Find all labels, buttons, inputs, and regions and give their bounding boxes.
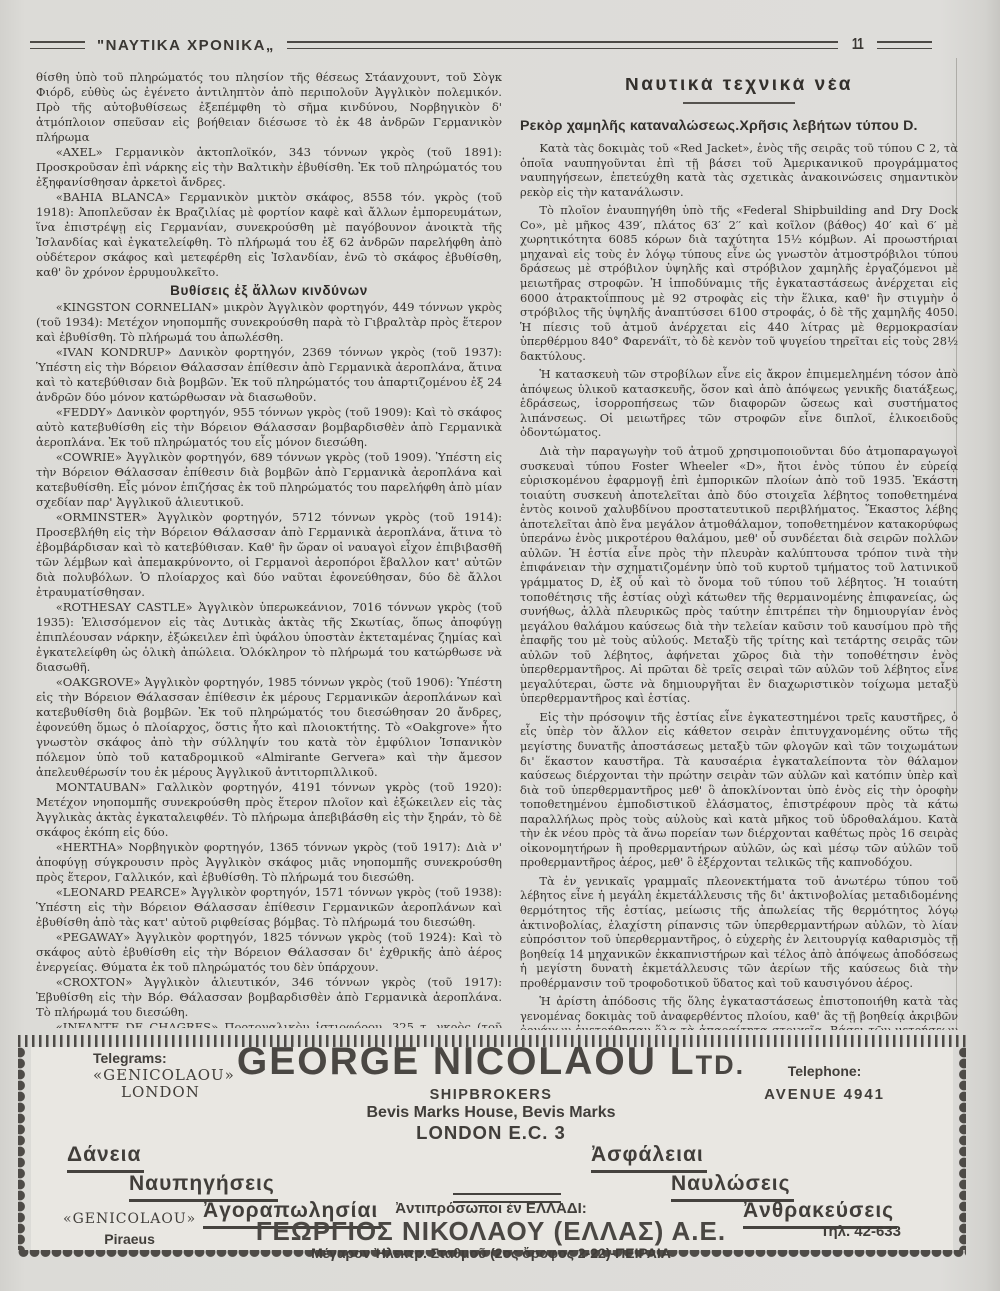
paragraph-ship-axel: «AXEL» Γερμανικὸν ἀκτοπλοϊκόν, 343 τόννω… bbox=[36, 145, 502, 190]
telephone-label: Telephone: bbox=[764, 1059, 885, 1083]
ad-telephone-block: Telephone: AVENUE 4941 bbox=[764, 1059, 885, 1107]
article-title: Ναυτικὰ τεχνικὰ νέα bbox=[520, 78, 958, 93]
paragraph-ship-croxton: «CROXTON» Ἀγγλικὸν ἁλιευτικόν, 346 τόννω… bbox=[36, 975, 502, 1020]
paragraph-ship-orminster: «ORMINSTER» Ἀγγλικὸν φορτηγόν, 5712 τόνν… bbox=[36, 510, 502, 600]
paragraph: Εἰς τὴν πρόσοψιν τῆς ἑστίας εἶνε ἐγκατεσ… bbox=[520, 710, 958, 870]
ad-address-line1: Bevis Marks House, Bevis Marks bbox=[221, 1104, 761, 1122]
ad-content: Telegrams: «GENICOLAOU» LONDON GEORGE NI… bbox=[31, 1047, 953, 1250]
ad-company-name: GEORGE NICOLAOU LTD. bbox=[221, 1040, 761, 1084]
paragraph: Κατὰ τὰς δοκιμὰς τοῦ «Red Jacket», ἑνὸς … bbox=[520, 141, 958, 199]
masthead-rule-center bbox=[287, 41, 838, 49]
paragraph-ship-hertha: «HERTHA» Νορβηγικὸν φορτηγόν, 1365 τόννω… bbox=[36, 840, 502, 885]
masthead-rule-left bbox=[30, 41, 85, 49]
paragraph-ship-infante-de-chagres: «INFANTE DE CHAGRES» Πορτογαλικὸν ἱστιοφ… bbox=[36, 1020, 502, 1028]
ad-role: SHIPBROKERS bbox=[221, 1087, 761, 1103]
ad-greek-telephone: Τηλ. 42-633 bbox=[820, 1223, 901, 1240]
left-column: θίσθη ὑπὸ τοῦ πληρώματός του πλησίον τῆς… bbox=[36, 70, 502, 1028]
article-title-rule bbox=[683, 102, 795, 104]
page-number: 11 bbox=[852, 36, 863, 54]
telephone-value: AVENUE 4941 bbox=[764, 1083, 885, 1107]
ad-address-line2: LONDON E.C. 3 bbox=[221, 1122, 761, 1144]
paragraph-ship-cowrie: «COWRIE» Ἀγγλικὸν φορτηγόν, 689 τόννων γ… bbox=[36, 450, 502, 510]
company-suffix-l: L bbox=[670, 1040, 696, 1083]
service-loans: Δάνεια bbox=[67, 1143, 144, 1173]
advertisement-nicolaou: Telegrams: «GENICOLAOU» LONDON GEORGE NI… bbox=[18, 1035, 966, 1263]
paragraph: Τὰ ἐν γενικαῖς γραμμαῖς πλεονεκτήματα το… bbox=[520, 874, 958, 990]
paragraph-ship-montauban: MONTAUBAN» Γαλλικὸν φορτηγόν, 4191 τόννω… bbox=[36, 780, 502, 840]
telegrams-label: Telegrams: bbox=[93, 1050, 235, 1067]
ad-border-right bbox=[953, 1047, 966, 1250]
paragraph: Τὸ πλοῖον ἐναυπηγήθη ὑπὸ τῆς «Federal Sh… bbox=[520, 203, 958, 363]
ad-representatives-label: Ἀντιπρόσωποι ἐν ΕΛΛΑΔΙ: bbox=[221, 1200, 761, 1217]
service-chartering: Ναυλώσεις bbox=[671, 1172, 794, 1202]
ad-piraeus-block: «GENICOLAOU» Piraeus bbox=[63, 1209, 196, 1249]
masthead-rule-right bbox=[877, 41, 932, 49]
section-heading-sinkings: Βυθίσεις ἐξ ἄλλων κινδύνων bbox=[36, 283, 502, 298]
paragraph-ship-bahia-blanca: «BAHIA BLANCA» Γερμανικὸν μικτὸν σκάφος,… bbox=[36, 190, 502, 280]
telegrams-name: «GENICOLAOU» bbox=[93, 1067, 235, 1084]
ad-greek-company: ΓΕΩΡΓΙΟΣ ΝΙΚΟΛΑΟΥ (ΕΛΛΑΣ) Α.Ε. bbox=[181, 1216, 801, 1247]
ad-telegrams-block: Telegrams: «GENICOLAOU» LONDON bbox=[93, 1050, 235, 1101]
ad-border-left bbox=[18, 1047, 31, 1250]
paragraph: Ἡ ἀρίστη ἀπόδοσις τῆς ὅλης ἐγκαταστάσεως… bbox=[520, 994, 958, 1030]
paragraph: Διὰ τὴν παραγωγὴν τοῦ ἀτμοῦ χρησιμοποιοῦ… bbox=[520, 444, 958, 706]
paragraph: θίσθη ὑπὸ τοῦ πληρώματός του πλησίον τῆς… bbox=[36, 70, 502, 145]
paragraph: Ἡ κατασκευὴ τῶν στροβίλων εἶνε εἰς ἄκρον… bbox=[520, 367, 958, 440]
masthead: "ΝΑΥΤΙΚΑ ΧΡΟΝΙΚΑ„ 11 bbox=[30, 36, 932, 54]
paragraph-ship-leonard-pearce: «LEONARD PEARCE» Ἀγγλικὸν φορτηγόν, 1571… bbox=[36, 885, 502, 930]
right-column: Ναυτικὰ τεχνικὰ νέα Ρεκὸρ χαμηλῆς κατανα… bbox=[520, 78, 958, 1030]
magazine-page: "ΝΑΥΤΙΚΑ ΧΡΟΝΙΚΑ„ 11 θίσθη ὑπὸ τοῦ πληρώ… bbox=[0, 0, 1000, 1291]
article-subheading: Ρεκὸρ χαμηλῆς καταναλώσεως.Χρῆσις λεβήτω… bbox=[520, 119, 958, 134]
service-shipbuilding: Ναυπηγήσεις bbox=[129, 1172, 278, 1202]
service-insurance: Ἀσφάλειαι bbox=[591, 1143, 707, 1173]
ad-greek-address: Μέγαρον Ἠλεκτρ. Σταθμοῦ (2ος ὄροφος 2-22… bbox=[221, 1245, 761, 1261]
paragraph-ship-rothesay-castle: «ROTHESAY CASTLE» Ἀγγλικὸν ὑπερωκεάνιον,… bbox=[36, 600, 502, 675]
telegrams-city: LONDON bbox=[93, 1084, 235, 1101]
paragraph-ship-pegaway: «PEGAWAY» Ἀγγλικὸν φορτηγόν, 1825 τόννων… bbox=[36, 930, 502, 975]
piraeus-city: Piraeus bbox=[63, 1229, 196, 1249]
paragraph-ship-ivan-kondrup: «IVAN KONDRUP» Δανικὸν φορτηγόν, 2369 τό… bbox=[36, 345, 502, 405]
magazine-title: "ΝΑΥΤΙΚΑ ΧΡΟΝΙΚΑ„ bbox=[97, 37, 275, 54]
paragraph-ship-feddy: «FEDDY» Δανικὸν φορτηγόν, 955 τόννων γκρ… bbox=[36, 405, 502, 450]
company-main: GEORGE NICOLAOU bbox=[237, 1040, 657, 1083]
paragraph-ship-kingston-cornelian: «KINGSTON CORNELIAN» μικρὸν Ἀγγλικὸν φορ… bbox=[36, 300, 502, 345]
piraeus-name: «GENICOLAOU» bbox=[63, 1209, 196, 1229]
paragraph-ship-oakgrove: «OAKGROVE» Ἀγγλικὸν φορτηγόν, 1985 τόννω… bbox=[36, 675, 502, 780]
company-suffix-td: TD. bbox=[696, 1050, 746, 1080]
